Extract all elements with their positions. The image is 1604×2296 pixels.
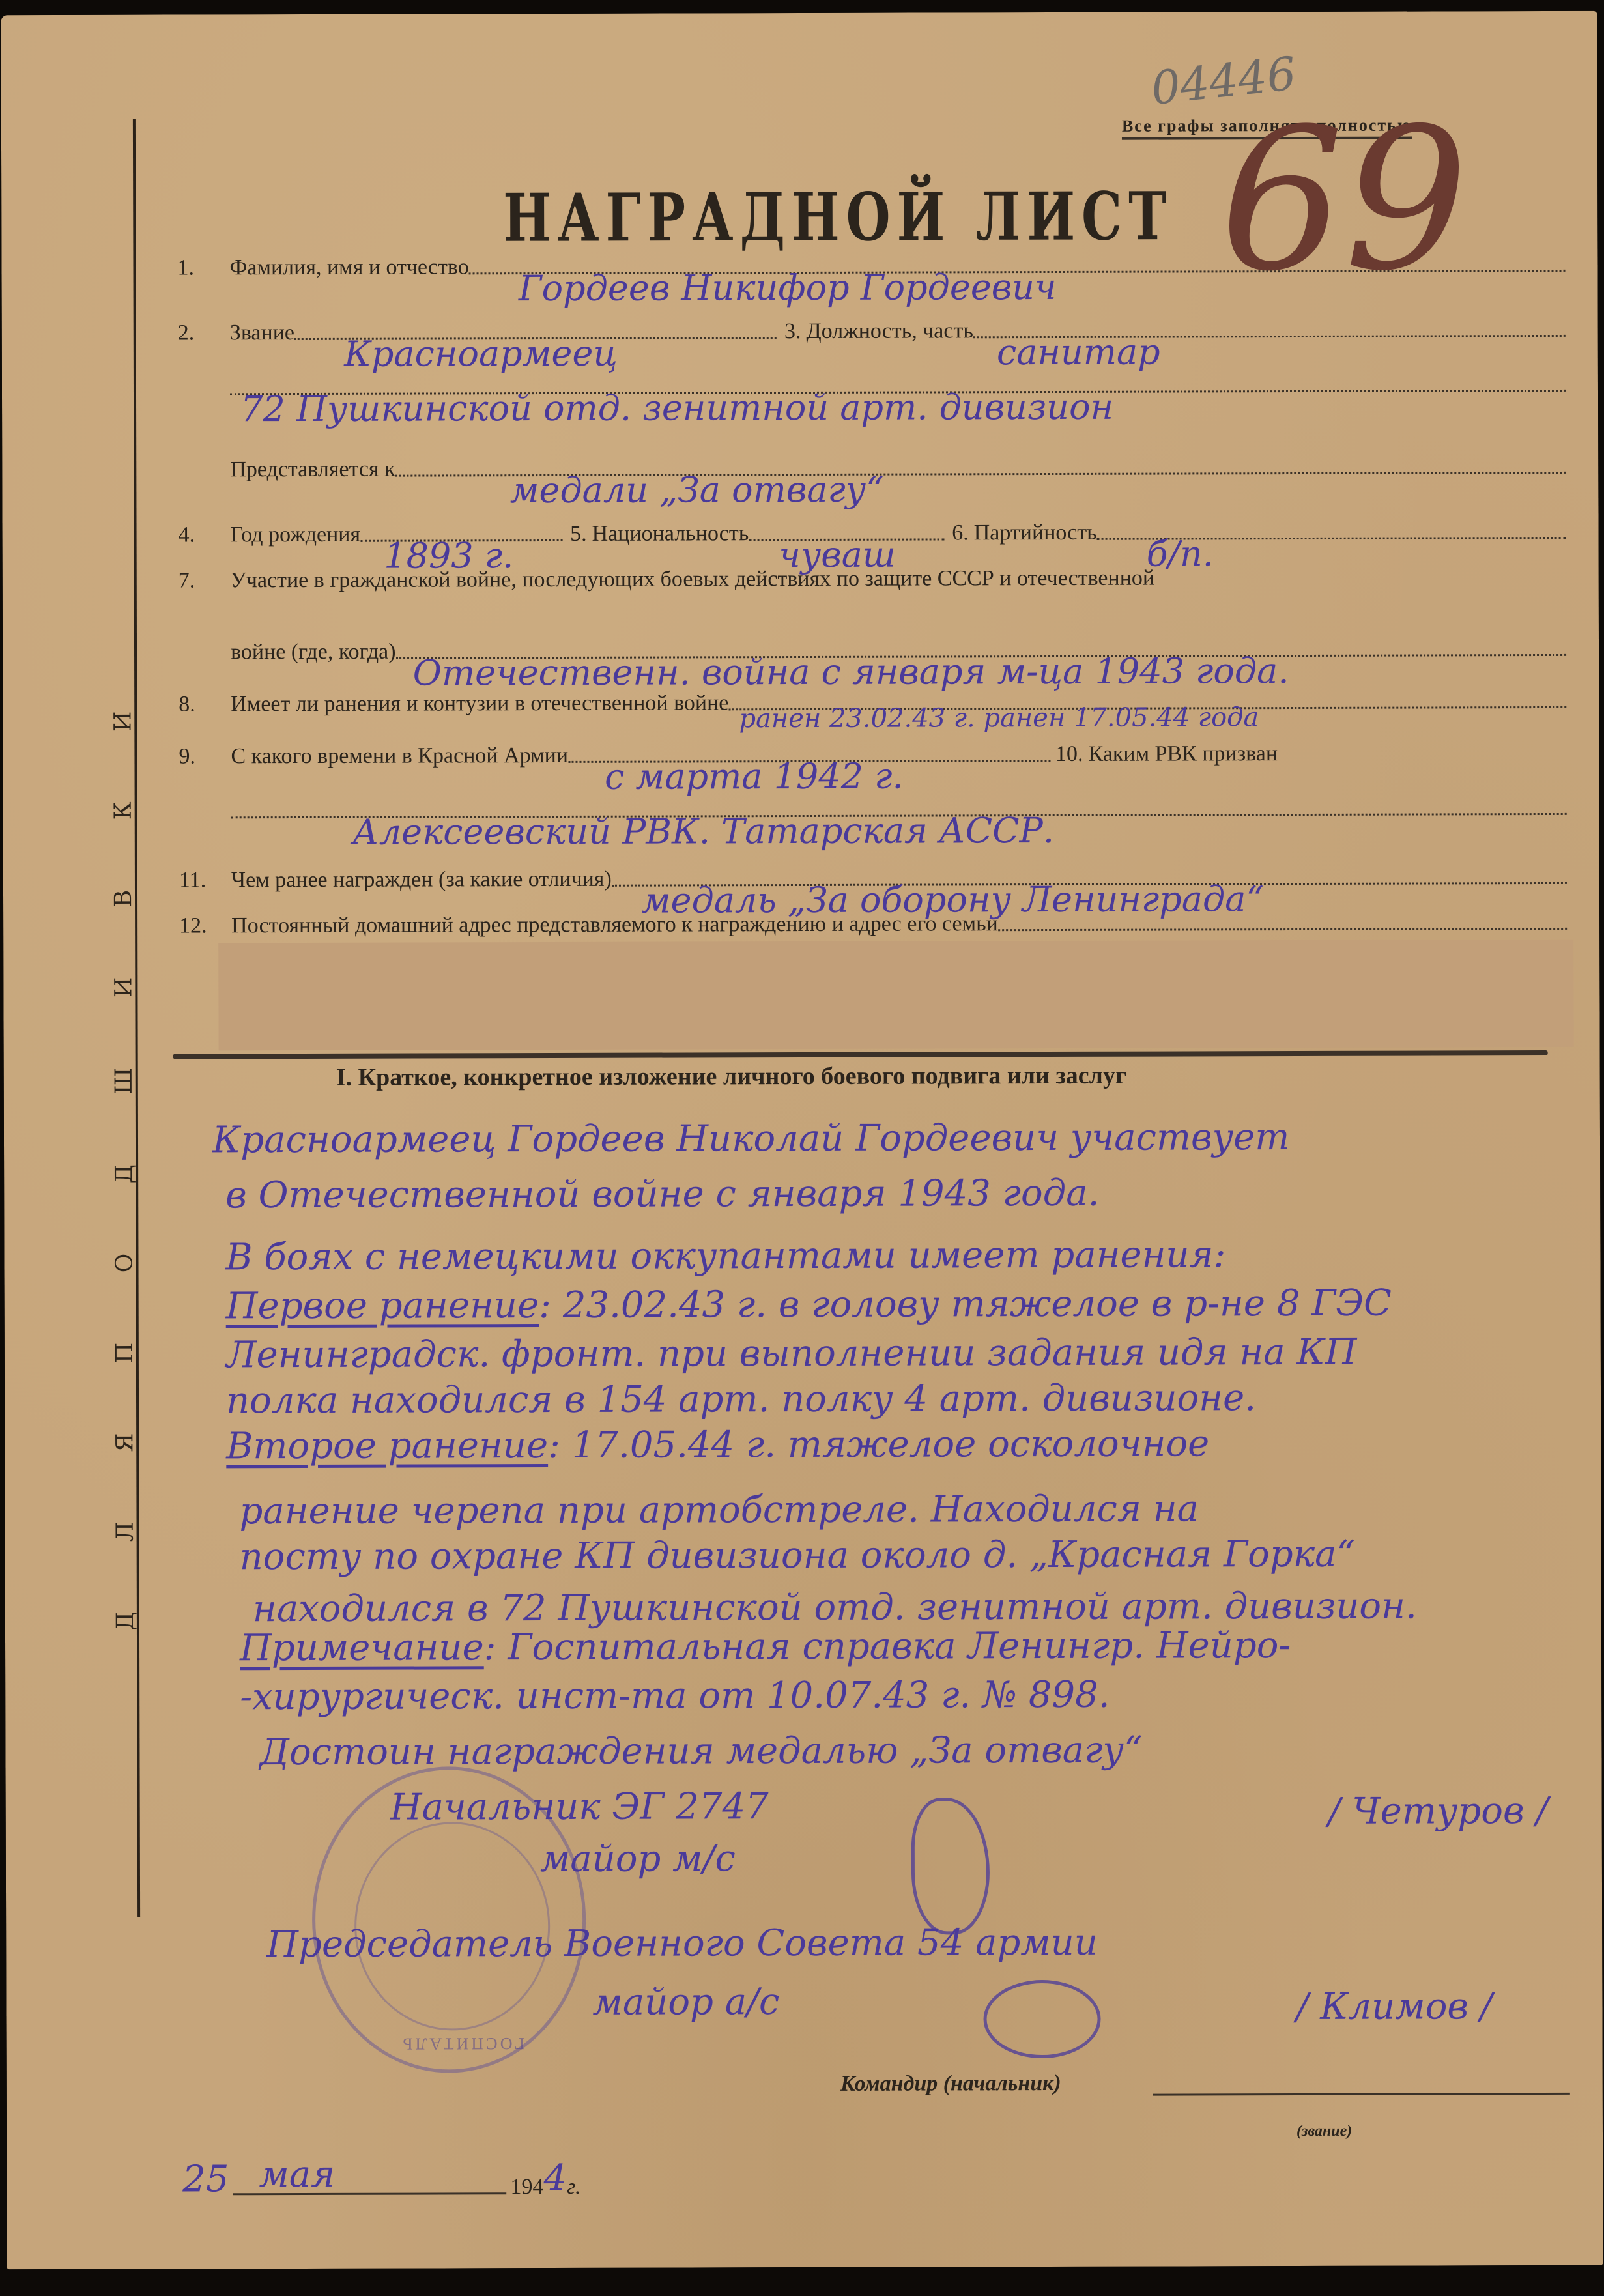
field-home-address: 12. Постоянный домашний адрес представля…	[179, 910, 1567, 939]
section-divider	[173, 1050, 1548, 1059]
field-number: 12.	[179, 913, 231, 938]
date-year-unit: г.	[567, 2175, 580, 2200]
commander-label: Командир (начальник)	[840, 2071, 1061, 2097]
field-unit-continuation: 72 Пушкинской отд. зенитной арт. дивизио…	[230, 389, 1566, 400]
field-service-start: 9. С какого времени в Красной Армии с ма…	[179, 741, 1566, 769]
chief-signature-icon	[911, 1798, 990, 1934]
fill-line: чуваш	[749, 538, 944, 541]
narrative-line: Второе ранение: 17.05.44 г. тяжелое оско…	[226, 1425, 1581, 1465]
field-label: Должность, часть	[806, 319, 973, 344]
award-sheet-paper: Д Л Я П О Д Ш И В К И 04446 Все графы за…	[1, 11, 1603, 2269]
rank-caption: (звание)	[1296, 2123, 1352, 2140]
section-heading: I. Краткое, конкретное изложение личного…	[336, 1061, 1127, 1092]
field-number: 2.	[178, 321, 230, 345]
redacted-address-block	[218, 940, 1573, 1050]
field-previous-awards: 11. Чем ранее награжден (за какие отличи…	[179, 865, 1567, 893]
fill-line: 1893 г.	[360, 539, 562, 542]
field-number: 5.	[570, 522, 587, 547]
narrative-line: посту по охране КП дивизиона около д. „К…	[240, 1536, 1595, 1575]
field-label: С какого времени в Красной Армии	[231, 743, 568, 769]
fill-line: санитар	[973, 334, 1566, 338]
fill-line: Красноармеец	[294, 336, 777, 340]
field-label: Год рождения	[231, 523, 361, 548]
date-month-line: мая	[233, 2192, 506, 2195]
field-number: 11.	[179, 868, 231, 893]
field-nominated-for: Представляется к медали „За отвагу“	[230, 454, 1566, 482]
fill-line: с марта 1942 г.	[568, 759, 1050, 763]
full-name-value: Гордеев Никифор Гордеевич	[519, 266, 1057, 309]
field-birth-nationality-party: 4. Год рождения 1893 г. 5. Национальност…	[179, 519, 1566, 548]
fill-line	[998, 927, 1567, 931]
field-label: Постоянный домашний адрес представляемог…	[231, 911, 998, 938]
field-full-name: 1. Фамилия, имя и отчество Гордеев Никиф…	[177, 252, 1565, 281]
nominated-value: медали „За отвагу“	[510, 469, 884, 511]
field-number: 3.	[784, 319, 801, 344]
position-value: санитар	[997, 332, 1160, 373]
date-year-prefix: 194	[510, 2175, 543, 2200]
fill-line: Гордеев Никифор Гордеевич	[469, 269, 1566, 274]
field-label: Звание	[230, 321, 294, 345]
war-participation-value: Отечественн. война с января м-ца 1943 го…	[413, 650, 1289, 694]
stamp-text: ГОСПИТАЛЬ	[401, 2033, 524, 2053]
narrative-line: полка находился в 154 арт. полку 4 арт. …	[226, 1379, 1581, 1419]
field-number: 8.	[179, 692, 231, 717]
council-signature-icon	[983, 1980, 1100, 2058]
field-label: Партийность	[974, 521, 1097, 545]
chief-title: Начальник ЭГ 2747	[390, 1785, 769, 1829]
field-rank-position: 2. Звание Красноармеец 3. Должность, час…	[178, 317, 1566, 346]
field-label: Фамилия, имя и отчество	[229, 255, 468, 280]
service-start-value: с марта 1942 г.	[605, 756, 904, 797]
binding-margin-label: Д Л Я П О Д Ш И В К И	[110, 680, 139, 1630]
field-label: Национальность	[592, 521, 749, 547]
field-label: Имеет ли ранения и контузии в отечествен…	[231, 691, 728, 717]
draft-office-value: Алексеевский РВК. Татарская АССР.	[352, 810, 1054, 853]
field-label: Участие в гражданской войне, последующих…	[231, 566, 1154, 594]
binding-margin: Д Л Я П О Д Ш И В К И	[74, 601, 175, 1709]
field-label: Представляется к	[230, 457, 395, 483]
date-day: 25	[182, 2158, 229, 2200]
fill-line: 72 Пушкинской отд. зенитной арт. дивизио…	[230, 389, 1566, 395]
fill-line: медали „За отвагу“	[395, 471, 1566, 477]
first-wound-text: : 23.02.43 г. в голову тяжелое в р-не 8 …	[539, 1282, 1392, 1327]
field-number: 9.	[179, 744, 231, 769]
date-month: мая	[259, 2153, 335, 2196]
narrative-line: -хирургическ. инст-та от 10.07.43 г. № 8…	[240, 1676, 1595, 1715]
field-number: 10.	[1055, 742, 1083, 767]
second-wound-text: : 17.05.44 г. тяжелое осколочное	[548, 1422, 1209, 1467]
field-number: 6.	[952, 521, 969, 545]
council-rank: майор а/с	[592, 1981, 779, 2024]
first-wound-label: Первое ранение	[226, 1284, 539, 1327]
narrative-line: Первое ранение: 23.02.43 г. в голову тяж…	[226, 1285, 1581, 1325]
narrative-line: Примечание: Госпитальная справка Ленингр…	[240, 1627, 1595, 1667]
field-war-participation-cont: войне (где, когда) Отечественн. война с …	[231, 637, 1566, 665]
narrative-line: находился в 72 Пушкинской отд. зенитной …	[253, 1588, 1604, 1628]
narrative-line: В боях с немецкими оккупантами имеет ран…	[225, 1236, 1581, 1276]
date-row: 25 мая 194 4 г.	[182, 2157, 580, 2201]
unit-value: 72 Пушкинской отд. зенитной арт. дивизио…	[240, 386, 1113, 430]
narrative-line: Ленинградск. фронт. при выполнении задан…	[226, 1334, 1581, 1373]
field-label: Чем ранее награжден (за какие отличия)	[231, 867, 612, 893]
narrative-line: в Отечественной войне с января 1943 года…	[225, 1174, 1581, 1214]
narrative-line: Красноармеец Гордеев Николай Гордеевич у…	[212, 1119, 1568, 1158]
note-text: : Госпитальная справка Ленингр. Нейро-	[484, 1624, 1291, 1669]
note-label: Примечание	[240, 1626, 484, 1669]
date-year-suffix: 4	[543, 2157, 567, 2200]
fill-line: Отечественн. война с января м-ца 1943 го…	[396, 653, 1566, 659]
field-number: 4.	[179, 523, 231, 547]
fill-line: медаль „За оборону Ленинграда“	[612, 882, 1567, 887]
chief-rank: майор м/с	[540, 1837, 736, 1880]
council-name: / Климов /	[1296, 1985, 1492, 2028]
narrative-line: ранение черепа при артобстреле. Находилс…	[239, 1490, 1594, 1530]
field-number: 7.	[179, 568, 231, 593]
field-draft-office: Алексеевский РВК. Татарская АССР.	[231, 812, 1567, 824]
chief-name: / Четуров /	[1328, 1790, 1549, 1833]
wounds-value: ранен 23.02.43 г. ранен 17.05.44 года	[739, 702, 1259, 734]
field-wounds: 8. Имеет ли ранения и контузии в отечест…	[179, 689, 1566, 717]
fill-line: Алексеевский РВК. Татарская АССР.	[231, 812, 1567, 818]
page-title: НАГРАДНОЙ ЛИСТ	[503, 179, 1173, 257]
field-number: 1.	[177, 255, 229, 280]
rank-value: Красноармеец	[344, 333, 618, 375]
field-war-participation: 7. Участие в гражданской войне, последую…	[179, 565, 1566, 594]
field-label: Каким РВК призван	[1088, 741, 1278, 767]
fill-line: б/п.	[1097, 536, 1566, 540]
fill-line: ранен 23.02.43 г. ранен 17.05.44 года	[728, 706, 1566, 710]
narrative-recommendation: Достоин награждения медалью „За отвагу“	[259, 1731, 1604, 1771]
field-label: войне (где, когда)	[231, 640, 396, 665]
second-wound-label: Второе ранение	[226, 1424, 548, 1467]
commander-fill-line	[1153, 2093, 1570, 2096]
council-title: Председатель Военного Совета 54 армии	[266, 1921, 1098, 1966]
